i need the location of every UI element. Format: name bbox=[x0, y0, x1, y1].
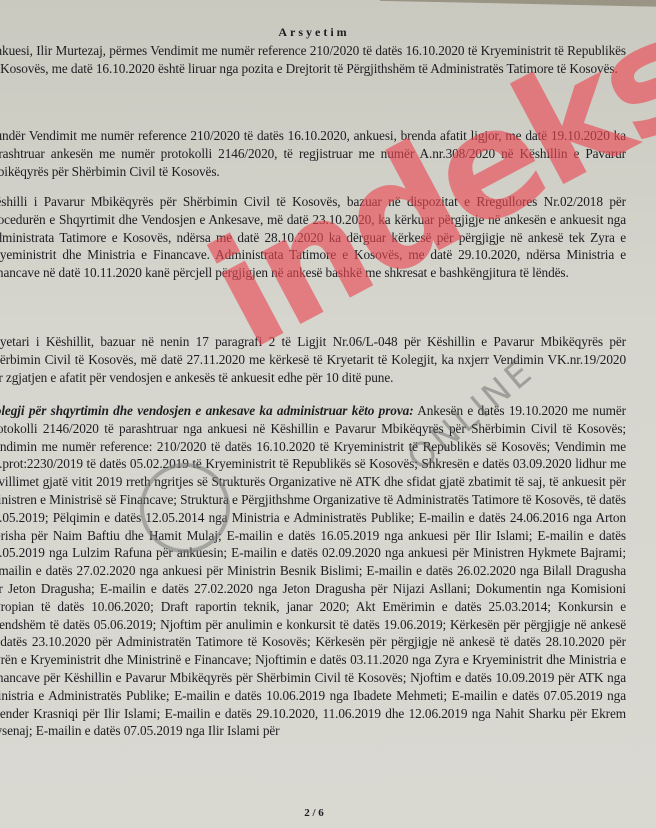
section-heading: Arsyetim bbox=[0, 25, 642, 40]
paragraph-deadline-extension: Kryetari i Këshillit, bazuar në nenin 17… bbox=[0, 333, 626, 386]
evidence-intro: Kolegji për shqyrtimin dhe vendosjen e a… bbox=[0, 403, 414, 418]
paragraph-appeal: Kundër Vendimit me numër reference 210/2… bbox=[0, 127, 626, 180]
document-page: Arsyetim Ankuesi, Ilir Murtezaj, përmes … bbox=[0, 0, 650, 828]
page-number: 2 / 6 bbox=[0, 807, 642, 819]
paragraph-dismissal: Ankuesi, Ilir Murtezaj, përmes Vendimit … bbox=[0, 42, 626, 78]
paragraph-evidence: Kolegji për shqyrtimin dhe vendosjen e a… bbox=[0, 402, 626, 740]
paragraph-council-request: Këshilli i Pavarur Mbikëqyrës për Shërbi… bbox=[0, 193, 626, 282]
evidence-list: Ankesën e datës 19.10.2020 me numër prot… bbox=[0, 403, 626, 738]
